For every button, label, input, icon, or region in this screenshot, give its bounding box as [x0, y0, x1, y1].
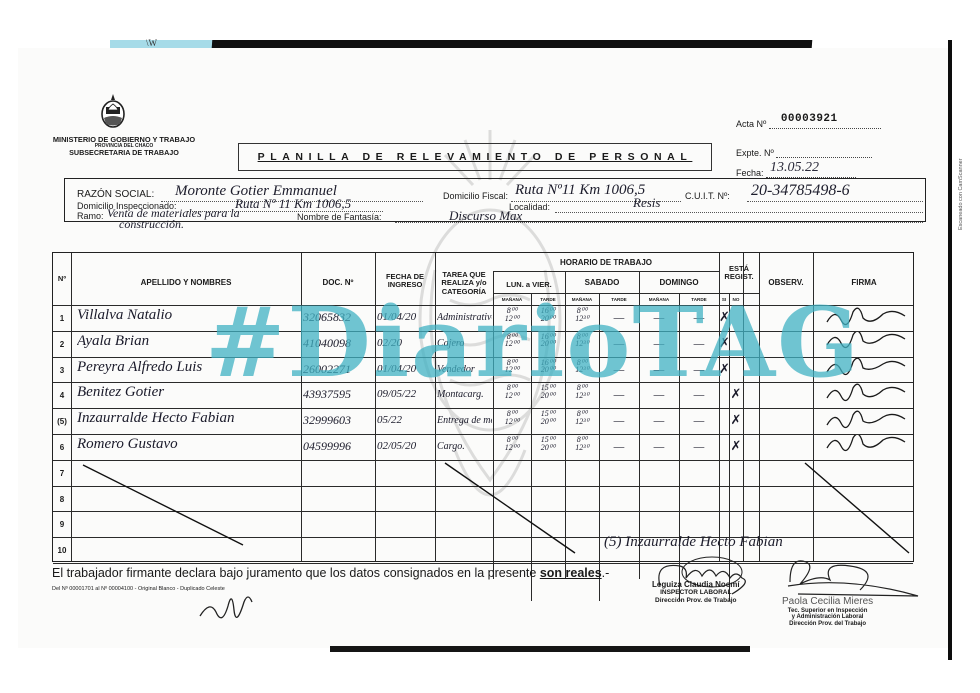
localidad-value[interactable]: Resis — [633, 195, 660, 211]
acta-number: 00003921 — [781, 113, 838, 125]
fecha-value[interactable]: 13.05.22 — [766, 162, 856, 178]
inspector2-title1: Tec. Superior en Inspección — [782, 608, 873, 615]
scan-shadow-top — [212, 40, 813, 48]
ministry-heading: MINISTERIO DE GOBIERNO Y TRABAJO PROVINC… — [44, 136, 204, 157]
acta-field: Acta Nº 00003921 — [736, 117, 881, 129]
localidad-label: Localidad: — [509, 202, 550, 212]
expte-label: Expte. Nº — [736, 148, 774, 158]
edge-fragment-text: \W — [146, 38, 157, 48]
fecha-label: Fecha: — [736, 168, 764, 178]
duplicate-copy-edge: \W — [110, 40, 215, 48]
subsecretary-name: SUBSECRETARIA DE TRABAJO — [44, 149, 204, 157]
inspector1-dept: Dirección Prov. de Trabajo — [652, 597, 740, 604]
declaration-emphasis: son reales — [540, 566, 602, 580]
fecha-field: Fecha: 13.05.22 — [736, 162, 856, 178]
inspector2-dept: Dirección Prov. del Trabajo — [782, 621, 873, 628]
domicilio-inspeccionado-value[interactable]: Ruta Nº 11 Km 1006,5 — [235, 196, 351, 212]
inspector1-title: INSPECTOR LABORAL — [652, 589, 740, 596]
inspector1-stamp: Leguiza Claudia Noemí INSPECTOR LABORAL … — [652, 580, 740, 604]
ramo-value-line2[interactable]: construcción. — [119, 217, 184, 232]
province-emblem-icon — [98, 92, 128, 130]
inspector2-signature-icon — [780, 552, 920, 602]
worker-signature-icon — [196, 592, 256, 632]
declaration-suffix: .- — [602, 566, 610, 580]
domicilio-fiscal-value[interactable]: Ruta Nº11 Km 1006,5 — [515, 182, 645, 199]
cuit-value[interactable]: 20-34785498-6 — [751, 182, 850, 200]
row5-annotation: (5) Inzaurralde Hecto Fabian — [604, 534, 783, 551]
scan-shadow-right — [948, 40, 952, 660]
declaration-text: El trabajador firmante declara bajo jura… — [52, 566, 540, 580]
acta-label: Acta Nº — [736, 119, 766, 129]
inspector1-name: Leguiza Claudia Noemí — [652, 580, 740, 589]
razon-social-label: RAZÓN SOCIAL: — [77, 189, 154, 200]
cuit-label: C.U.I.T. Nº: — [685, 191, 730, 201]
domicilio-fiscal-label: Domicilio Fiscal: — [443, 191, 508, 201]
fantasia-label: Nombre de Fantasía: — [297, 212, 382, 222]
form-title: PLANILLA DE RELEVAMIENTO DE PERSONAL — [258, 151, 693, 163]
scan-shadow-bottom — [330, 646, 750, 652]
company-info-box: RAZÓN SOCIAL: Moronte Gotier Emmanuel Do… — [64, 178, 926, 222]
ramo-label: Ramo: — [77, 211, 104, 221]
form-title-box: PLANILLA DE RELEVAMIENTO DE PERSONAL — [238, 143, 712, 171]
scanner-watermark: Escaneado con CamScanner — [958, 158, 964, 230]
expte-value[interactable] — [776, 146, 872, 158]
sworn-declaration: El trabajador firmante declara bajo jura… — [52, 566, 609, 580]
inspector2-name: Paola Cecilia Mieres — [782, 596, 873, 608]
inspector2-title2: y Administración Laboral — [782, 614, 873, 621]
news-watermark: #DiarioTAG — [205, 295, 861, 391]
inspector2-stamp: Paola Cecilia Mieres Tec. Superior en In… — [782, 596, 873, 628]
expte-field: Expte. Nº — [736, 146, 872, 158]
